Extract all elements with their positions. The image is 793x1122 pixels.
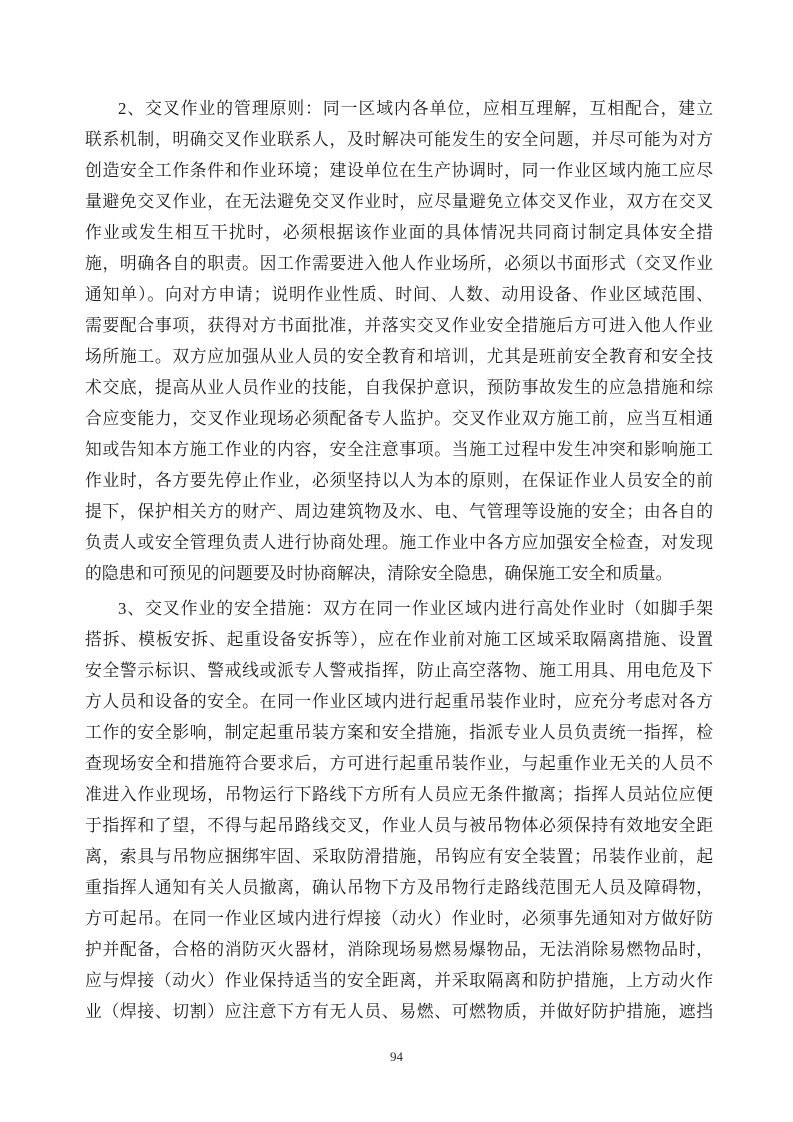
- text-line: 提下，保护相关方的财产、周边建筑物及水、电、气管理等设施的安全；由各自的: [85, 496, 713, 527]
- text-line: 的隐患和可预见的问题要及时协商解决，清除安全隐患，确保施工安全和质量。: [85, 558, 713, 589]
- text-line: 作业时，各方要先停止作业，必须坚持以人为本的原则，在保证作业人员安全的前: [85, 465, 713, 496]
- text-line: 作业或发生相互干扰时，必须根据该作业面的具体情况共同商讨制定具体安全措: [85, 217, 713, 248]
- text-line: 联系机制，明确交叉作业联系人，及时解决可能发生的安全问题，并尽可能为对方: [85, 124, 713, 155]
- text-line: 应与焊接（动火）作业保持适当的安全距离，并采取隔离和防护措施，上方动火作: [85, 965, 713, 996]
- text-line: 准进入作业现场，吊物运行下路线下方所有人员应无条件撤离；指挥人员站位应便: [85, 779, 713, 810]
- text-line: 通知单）。向对方申请；说明作业性质、时间、人数、动用设备、作业区域范围、: [85, 279, 713, 310]
- text-line: 于指挥和了望，不得与起吊路线交叉，作业人员与被吊物体必须保持有效地安全距: [85, 810, 713, 841]
- text-line: 方可起吊。在同一作业区域内进行焊接（动火）作业时，必须事先通知对方做好防: [85, 903, 713, 934]
- page-number: 94: [390, 1049, 403, 1064]
- text-line: 工作的安全影响，制定起重吊装方案和安全措施，指派专业人员负责统一指挥，检: [85, 717, 713, 748]
- text-line: 负责人或安全管理负责人进行协商处理。施工作业中各方应加强安全检查，对发现: [85, 527, 713, 558]
- body-text: 2、交叉作业的管理原则：同一区域内各单位，应相互理解，互相配合，建立 联系机制，…: [85, 93, 713, 1027]
- document-page: 2、交叉作业的管理原则：同一区域内各单位，应相互理解，互相配合，建立 联系机制，…: [0, 0, 793, 1122]
- text-line: 业（焊接、切割）应注意下方有无人员、易燃、可燃物质，并做好防护措施，遮挡: [85, 996, 713, 1027]
- text-line: 重指挥人通知有关人员撤离，确认吊物下方及吊物行走路线范围无人员及障碍物，: [85, 872, 713, 903]
- text-line: 术交底，提高从业人员作业的技能，自我保护意识，预防事故发生的应急措施和综: [85, 372, 713, 403]
- text-line: 护并配备，合格的消防灭火器材，消除现场易燃易爆物品，无法消除易燃物品时，: [85, 934, 713, 965]
- text-line: 离，索具与吊物应捆绑牢固、采取防滑措施，吊钩应有安全装置；吊装作业前，起: [85, 841, 713, 872]
- text-line: 创造安全工作条件和作业环境；建设单位在生产协调时，同一作业区域内施工应尽: [85, 155, 713, 186]
- text-line: 搭拆、模板安拆、起重设备安拆等），应在作业前对施工区域采取隔离措施、设置: [85, 624, 713, 655]
- paragraph-safety-measures: 3、交叉作业的安全措施：双方在同一作业区域内进行高处作业时（如脚手架 搭拆、模板…: [85, 593, 713, 1027]
- text-line: 需要配合事项，获得对方书面批准，并落实交叉作业安全措施后方可进入他人作业: [85, 310, 713, 341]
- text-line: 2、交叉作业的管理原则：同一区域内各单位，应相互理解，互相配合，建立: [85, 93, 713, 124]
- page-footer: 94: [0, 1048, 793, 1066]
- text-line: 量避免交叉作业，在无法避免交叉作业时，应尽量避免立体交叉作业，双方在交叉: [85, 186, 713, 217]
- text-line: 施，明确各自的职责。因工作需要进入他人作业场所，必须以书面形式（交叉作业: [85, 248, 713, 279]
- text-line: 安全警示标识、警戒线或派专人警戒指挥，防止高空落物、施工用具、用电危及下: [85, 655, 713, 686]
- paragraph-management-principles: 2、交叉作业的管理原则：同一区域内各单位，应相互理解，互相配合，建立 联系机制，…: [85, 93, 713, 589]
- text-line: 场所施工。双方应加强从业人员的安全教育和培训，尤其是班前安全教育和安全技: [85, 341, 713, 372]
- text-line: 合应变能力，交叉作业现场必须配备专人监护。交叉作业双方施工前，应当互相通: [85, 403, 713, 434]
- text-line: 3、交叉作业的安全措施：双方在同一作业区域内进行高处作业时（如脚手架: [85, 593, 713, 624]
- text-line: 查现场安全和措施符合要求后，方可进行起重吊装作业，与起重作业无关的人员不: [85, 748, 713, 779]
- text-line: 知或告知本方施工作业的内容，安全注意事项。当施工过程中发生冲突和影响施工: [85, 434, 713, 465]
- text-line: 方人员和设备的安全。在同一作业区域内进行起重吊装作业时，应充分考虑对各方: [85, 686, 713, 717]
